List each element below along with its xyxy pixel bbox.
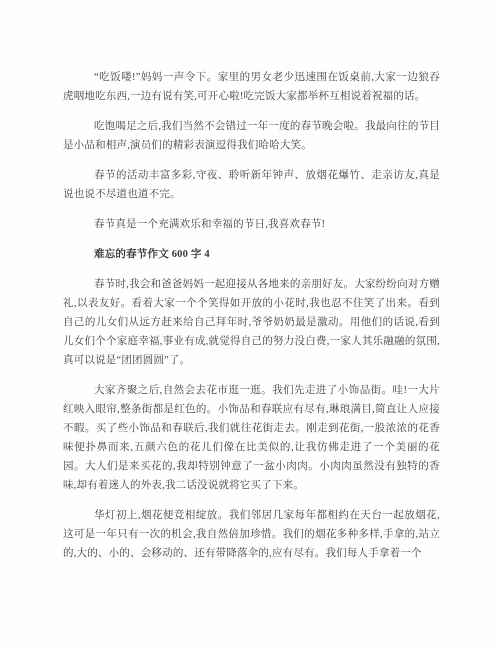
essay-paragraph: 春节真是一个充满欢乐和幸福的节日,我喜欢春节! bbox=[63, 215, 440, 234]
essay-paragraph: 大家齐聚之后,自然会去花市逛一逛。我们先走进了小饰品街。哇!一大片红映入眼帘,整… bbox=[63, 381, 440, 495]
essay-paragraph: 春节的活动丰富多彩,守夜、聆听新年钟声、放烟花爆竹、走亲访友,真是说也说不尽道也… bbox=[63, 166, 440, 204]
essay-paragraph: 春节时,我会和爸爸妈妈一起迎接从各地来的亲朋好友。大家纷纷向对方赠礼,以表友好。… bbox=[63, 275, 440, 370]
essay-paragraph: 吃饱喝足之后,我们当然不会错过一年一度的春节晚会啦。我最向往的节目是小品和相声,… bbox=[63, 117, 440, 155]
essay-paragraph: 华灯初上,烟花便竞相绽放。我们邻居几家每年都相约在天台一起放烟花,这可是一年只有… bbox=[63, 506, 440, 563]
essay-section-heading: 难忘的春节作文 600 字 4 bbox=[63, 245, 440, 264]
document-page: “吃饭喽!”妈妈一声令下。家里的男女老少迅速围在饭桌前,大家一边狼吞虎咽地吃东西… bbox=[0, 0, 500, 647]
essay-paragraph: “吃饭喽!”妈妈一声令下。家里的男女老少迅速围在饭桌前,大家一边狼吞虎咽地吃东西… bbox=[63, 68, 440, 106]
